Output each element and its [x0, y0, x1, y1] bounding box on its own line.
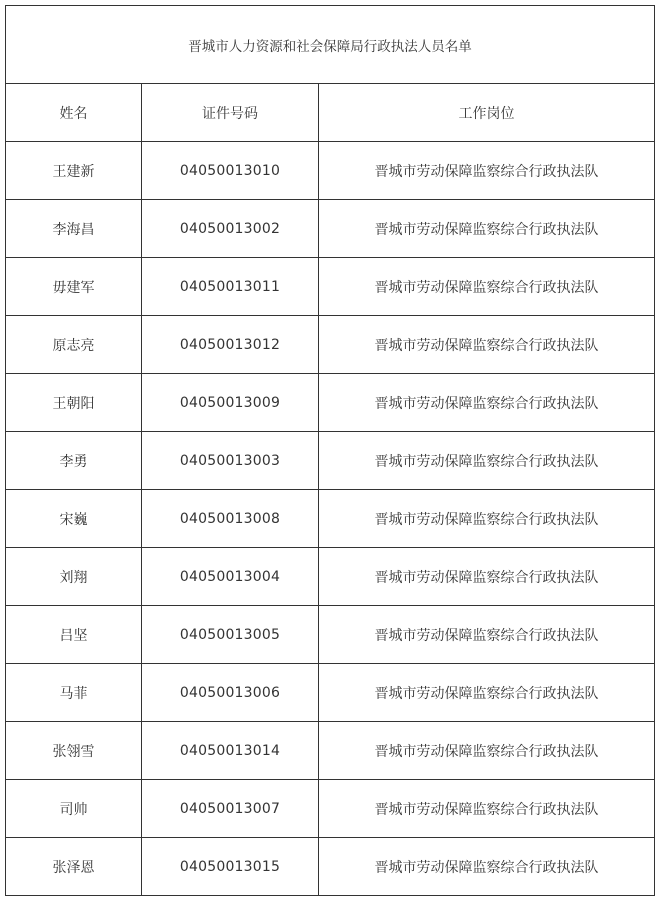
- cell-name: 王朝阳: [6, 374, 142, 432]
- cell-post: 晋城市劳动保障监察综合行政执法队: [319, 258, 655, 316]
- cell-post: 晋城市劳动保障监察综合行政执法队: [319, 548, 655, 606]
- cell-post: 晋城市劳动保障监察综合行政执法队: [319, 200, 655, 258]
- cell-post: 晋城市劳动保障监察综合行政执法队: [319, 664, 655, 722]
- cell-post: 晋城市劳动保障监察综合行政执法队: [319, 374, 655, 432]
- cell-name: 吕坚: [6, 606, 142, 664]
- cell-post: 晋城市劳动保障监察综合行政执法队: [319, 142, 655, 200]
- personnel-table: 晋城市人力资源和社会保障局行政执法人员名单 姓名 证件号码 工作岗位 王建新 0…: [5, 5, 655, 896]
- cell-name: 刘翔: [6, 548, 142, 606]
- cell-post: 晋城市劳动保障监察综合行政执法队: [319, 606, 655, 664]
- column-header-post: 工作岗位: [319, 84, 655, 142]
- column-header-id: 证件号码: [142, 84, 319, 142]
- cell-id: 04050013014: [142, 722, 319, 780]
- title-row: 晋城市人力资源和社会保障局行政执法人员名单: [6, 6, 655, 84]
- cell-name: 毋建军: [6, 258, 142, 316]
- table-row: 毋建军 04050013011 晋城市劳动保障监察综合行政执法队: [6, 258, 655, 316]
- header-row: 姓名 证件号码 工作岗位: [6, 84, 655, 142]
- table-row: 李勇 04050013003 晋城市劳动保障监察综合行政执法队: [6, 432, 655, 490]
- cell-post: 晋城市劳动保障监察综合行政执法队: [319, 316, 655, 374]
- table-row: 原志亮 04050013012 晋城市劳动保障监察综合行政执法队: [6, 316, 655, 374]
- table-row: 张翎雪 04050013014 晋城市劳动保障监察综合行政执法队: [6, 722, 655, 780]
- table-title: 晋城市人力资源和社会保障局行政执法人员名单: [6, 6, 655, 84]
- cell-post: 晋城市劳动保障监察综合行政执法队: [319, 838, 655, 896]
- cell-id: 04050013011: [142, 258, 319, 316]
- table-row: 马菲 04050013006 晋城市劳动保障监察综合行政执法队: [6, 664, 655, 722]
- cell-name: 张翎雪: [6, 722, 142, 780]
- cell-name: 李勇: [6, 432, 142, 490]
- cell-name: 王建新: [6, 142, 142, 200]
- table-row: 张泽恩 04050013015 晋城市劳动保障监察综合行政执法队: [6, 838, 655, 896]
- cell-name: 马菲: [6, 664, 142, 722]
- table-row: 司帅 04050013007 晋城市劳动保障监察综合行政执法队: [6, 780, 655, 838]
- table-row: 宋巍 04050013008 晋城市劳动保障监察综合行政执法队: [6, 490, 655, 548]
- cell-id: 04050013004: [142, 548, 319, 606]
- cell-name: 张泽恩: [6, 838, 142, 896]
- cell-id: 04050013003: [142, 432, 319, 490]
- column-header-name: 姓名: [6, 84, 142, 142]
- cell-id: 04050013012: [142, 316, 319, 374]
- cell-name: 宋巍: [6, 490, 142, 548]
- table-row: 王朝阳 04050013009 晋城市劳动保障监察综合行政执法队: [6, 374, 655, 432]
- cell-id: 04050013015: [142, 838, 319, 896]
- cell-post: 晋城市劳动保障监察综合行政执法队: [319, 780, 655, 838]
- cell-id: 04050013002: [142, 200, 319, 258]
- table-row: 吕坚 04050013005 晋城市劳动保障监察综合行政执法队: [6, 606, 655, 664]
- cell-id: 04050013007: [142, 780, 319, 838]
- cell-post: 晋城市劳动保障监察综合行政执法队: [319, 490, 655, 548]
- cell-post: 晋城市劳动保障监察综合行政执法队: [319, 432, 655, 490]
- cell-id: 04050013010: [142, 142, 319, 200]
- cell-name: 司帅: [6, 780, 142, 838]
- cell-name: 原志亮: [6, 316, 142, 374]
- cell-id: 04050013009: [142, 374, 319, 432]
- cell-post: 晋城市劳动保障监察综合行政执法队: [319, 722, 655, 780]
- cell-id: 04050013008: [142, 490, 319, 548]
- table-row: 王建新 04050013010 晋城市劳动保障监察综合行政执法队: [6, 142, 655, 200]
- table-row: 李海昌 04050013002 晋城市劳动保障监察综合行政执法队: [6, 200, 655, 258]
- table-row: 刘翔 04050013004 晋城市劳动保障监察综合行政执法队: [6, 548, 655, 606]
- cell-id: 04050013006: [142, 664, 319, 722]
- cell-id: 04050013005: [142, 606, 319, 664]
- cell-name: 李海昌: [6, 200, 142, 258]
